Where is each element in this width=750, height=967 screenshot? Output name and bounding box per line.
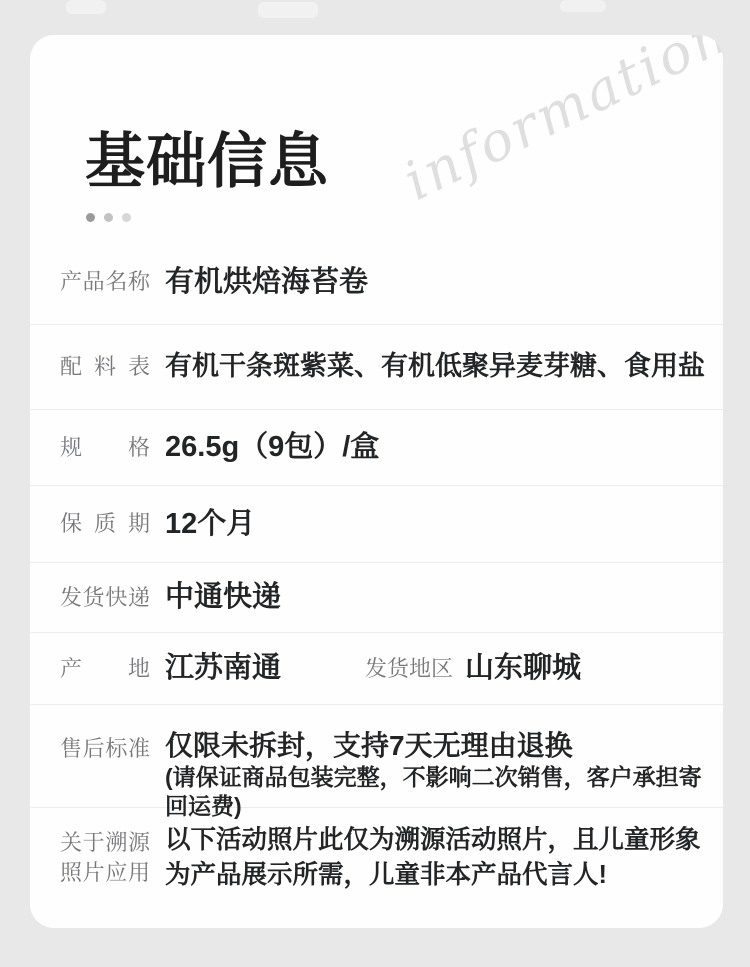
row-label: 规格 <box>60 434 150 462</box>
row-label: 保质期 <box>60 510 150 538</box>
dot-icon <box>104 213 113 222</box>
row-label: 产品名称 <box>60 268 150 296</box>
row-value: 有机烘焙海苔卷 <box>165 264 368 300</box>
previous-card-remnant <box>258 2 318 18</box>
row-label: 配料表 <box>60 353 150 381</box>
previous-card-remnant <box>66 0 106 14</box>
row-value-group: 仅限未拆封，支持7天无理由退换 (请保证商品包装完整，不影响二次销售，客户承担寄… <box>165 729 710 821</box>
table-row-after-sale-policy: 售后标准 仅限未拆封，支持7天无理由退换 (请保证商品包装完整，不影响二次销售，… <box>30 705 723 808</box>
after-sale-policy-note: (请保证商品包装完整，不影响二次销售，客户承担寄回运费) <box>165 763 710 821</box>
row-label: 产地 <box>60 655 150 683</box>
table-row-specification: 规格 26.5g（9包）/盒 <box>30 410 723 486</box>
table-row-shelf-life: 保质期 12个月 <box>30 486 723 563</box>
row-label: 售后标准 <box>60 729 150 763</box>
table-row-shipping-courier: 发货快递 中通快递 <box>30 563 723 633</box>
basic-info-card: information 基础信息 产品名称 有机烘焙海苔卷 配料表 有机干条斑紫… <box>30 35 723 928</box>
section-title: 基础信息 <box>85 123 723 201</box>
title-decoration-dots <box>86 213 723 222</box>
trace-disclaimer-text: 以下活动照片此仅为溯源活动照片，且儿童形象为产品展示所需，儿童非本产品代言人! <box>165 823 710 893</box>
row-label: 发货快递 <box>60 584 150 612</box>
previous-card-remnant <box>560 0 606 12</box>
table-row-ingredients: 配料表 有机干条斑紫菜、有机低聚异麦芽糖、食用盐 <box>30 325 723 410</box>
table-row-origin: 产地 江苏南通 发货地区 山东聊城 <box>30 633 723 705</box>
row-value: 26.5g（9包）/盒 <box>165 429 379 465</box>
dot-icon <box>122 213 131 222</box>
row-value: 有机干条斑紫菜、有机低聚异麦芽糖、食用盐 <box>165 350 705 384</box>
row-label: 关于溯源照片应用 <box>60 828 150 888</box>
table-row-trace-photo-disclaimer: 关于溯源照片应用 以下活动照片此仅为溯源活动照片，且儿童形象为产品展示所需，儿童… <box>30 808 723 908</box>
after-sale-policy-text: 仅限未拆封，支持7天无理由退换 <box>165 729 710 763</box>
info-table: 产品名称 有机烘焙海苔卷 配料表 有机干条斑紫菜、有机低聚异麦芽糖、食用盐 规格… <box>30 240 723 908</box>
row-value-ship-region: 山东聊城 <box>465 650 581 686</box>
row-value: 中通快递 <box>165 579 281 615</box>
dot-icon <box>86 213 95 222</box>
row-value: 12个月 <box>165 506 255 542</box>
table-row-product-name: 产品名称 有机烘焙海苔卷 <box>30 240 723 325</box>
row-value-origin: 江苏南通 <box>165 650 365 686</box>
row-label-ship-region: 发货地区 <box>365 655 453 683</box>
